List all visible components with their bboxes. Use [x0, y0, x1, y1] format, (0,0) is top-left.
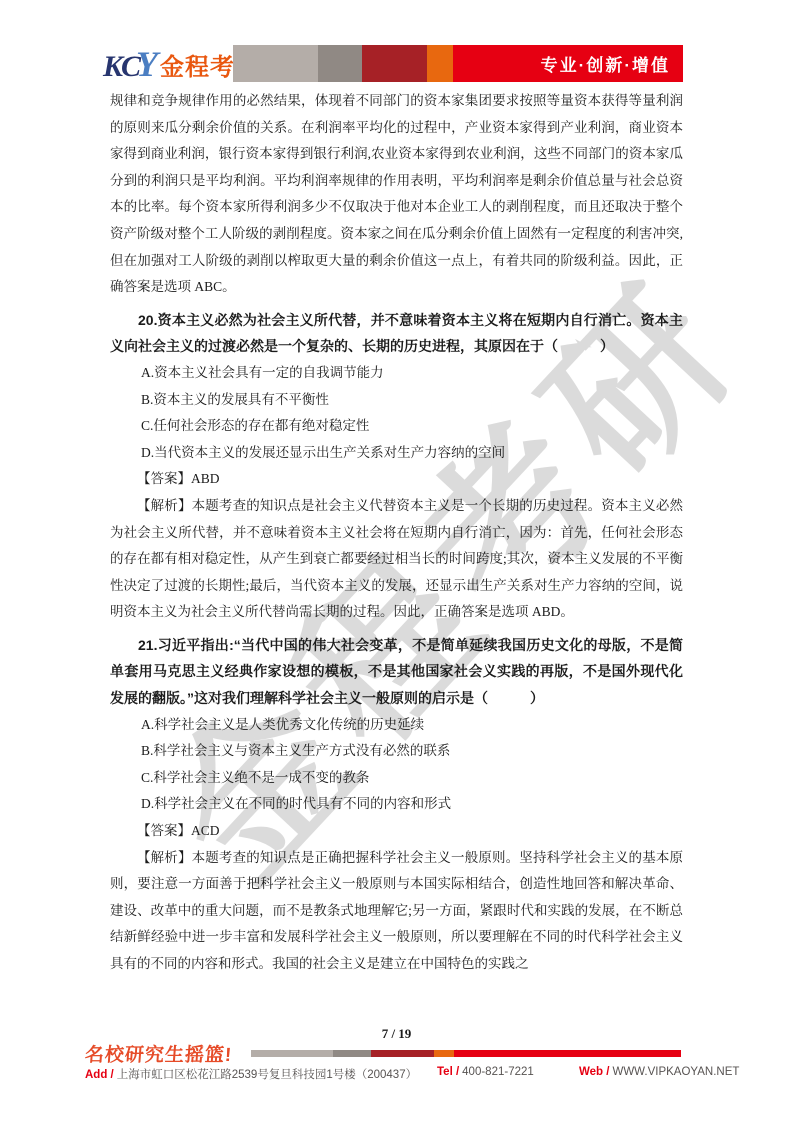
telephone-label: Tel /: [437, 1066, 459, 1078]
question-21-option-c: C.科学社会主义绝不是一成不变的教条: [141, 765, 683, 792]
kcy-logo-y: Y: [136, 44, 156, 84]
question-21-option-a: A.科学社会主义是人类优秀文化传统的历史延续: [141, 712, 683, 739]
kcy-logo-kc: KC: [103, 50, 139, 83]
paragraph-continuation: 规律和竞争规律作用的必然结果，体现着不同部门的资本家集团要求按照等量资本获得等量…: [110, 88, 683, 301]
address-label: Add /: [85, 1069, 114, 1081]
contact-info: Add /上海市虹口区松花江路2539号复旦科技园1号楼（200437） Tel…: [85, 1066, 725, 1084]
question-21-answer: 【答案】ACD: [110, 818, 683, 845]
question-21-stem: 21.习近平指出:“当代中国的伟大社会变革，不是简单延续我国历史文化的母版，不是…: [110, 632, 683, 712]
footer-segment-red: [454, 1050, 681, 1057]
question-20-stem: 20.资本主义必然为社会主义所代替，并不意味着资本主义将在短期内自行消亡。资本主…: [110, 307, 683, 360]
contact-address: Add /上海市虹口区松花江路2539号复旦科技园1号楼（200437）: [85, 1066, 417, 1082]
question-21-option-b: B.科学社会主义与资本主义生产方式没有必然的联系: [141, 738, 683, 765]
website-value: WWW.VIPKAOYAN.NET: [612, 1066, 739, 1078]
question-20-option-d: D.当代资本主义的发展还显示出生产关系对生产力容纳的空间: [141, 440, 683, 467]
banner-segment-red: 专业·创新·增值: [453, 45, 683, 82]
contact-website: Web /WWW.VIPKAOYAN.NET: [579, 1066, 739, 1078]
footer-segment-gray: [333, 1050, 371, 1057]
website-label: Web /: [579, 1066, 609, 1078]
document-page: KCY 金程考研 专业·创新·增值 金程考研 规律和竞争规律作用的必然结果，体现…: [0, 0, 793, 1122]
question-21-option-d: D.科学社会主义在不同的时代具有不同的内容和形式: [141, 791, 683, 818]
banner-segment-lightgray: [233, 45, 318, 82]
banner-segment-darkred: [362, 45, 427, 82]
question-20-option-c: C.任何社会形态的存在都有绝对稳定性: [141, 413, 683, 440]
contact-telephone: Tel /400-821-7221: [437, 1066, 534, 1078]
footer-segment-lightgray: [251, 1050, 333, 1057]
telephone-value: 400-821-7221: [462, 1066, 534, 1078]
question-20-answer: 【答案】ABD: [110, 466, 683, 493]
question-20-analysis: 【解析】本题考查的知识点是社会主义代替资本主义是一个长期的历史过程。资本主义必然…: [110, 493, 683, 626]
address-value: 上海市虹口区松花江路2539号复旦科技园1号楼（200437）: [117, 1069, 417, 1081]
document-body: 规律和竞争规律作用的必然结果，体现着不同部门的资本家集团要求按照等量资本获得等量…: [110, 88, 683, 978]
footer-slogan: 名校研究生摇篮!: [84, 1040, 233, 1067]
header-banner: 专业·创新·增值: [233, 45, 683, 82]
footer-segment-darkred: [371, 1050, 434, 1057]
question-20-option-b: B.资本主义的发展具有不平衡性: [141, 387, 683, 414]
question-20-option-a: A.资本主义社会具有一定的自我调节能力: [141, 360, 683, 387]
question-21-analysis: 【解析】本题考查的知识点是正确把握科学社会主义一般原则。坚持科学社会主义的基本原…: [110, 845, 683, 978]
kcy-logo-icon: KCY: [103, 46, 156, 82]
header-slogan: 专业·创新·增值: [541, 51, 683, 76]
footer-banner: [251, 1050, 681, 1057]
banner-segment-gray: [318, 45, 362, 82]
banner-segment-orange: [427, 45, 453, 82]
footer-segment-orange: [434, 1050, 454, 1057]
